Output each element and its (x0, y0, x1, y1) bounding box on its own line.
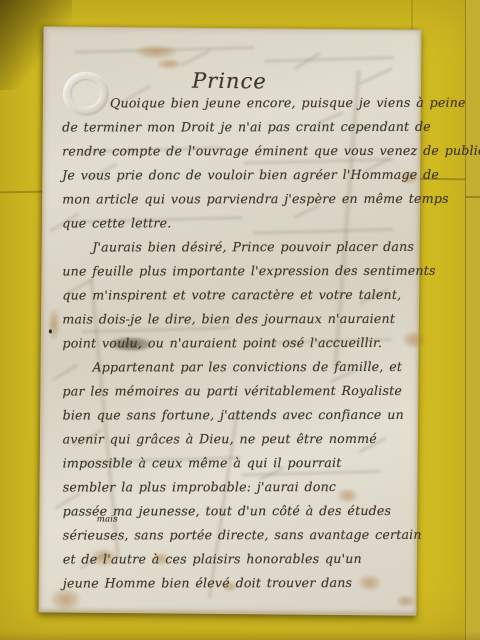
stain (134, 44, 178, 59)
letter-line: par les mémoires au parti véritablement … (62, 379, 414, 404)
letter-line: Quoique bien jeune encore, puisque je vi… (62, 91, 414, 116)
stain (48, 307, 60, 341)
letter-line: J'aurais bien désiré, Prince pouvoir pla… (62, 235, 414, 260)
backdrop-bottom-shadow (0, 631, 480, 640)
letter-line: Appartenant par les convictions de famil… (62, 355, 414, 380)
letter-line: impossible à ceux même à qui il pourrait (63, 451, 415, 476)
backdrop-fold-line (411, 0, 413, 32)
backdrop-fold-band (465, 0, 480, 640)
letter-body: Quoique bien jeune encore, puisque je vi… (62, 91, 415, 596)
backdrop-crease-line (0, 191, 44, 194)
ink-fleck (49, 329, 52, 333)
letter-line: bien que sans fortune, j'attends avec co… (63, 403, 415, 428)
letter-line: mais dois-je le dire, bien des journaux … (62, 307, 414, 332)
letter-line: que cette lettre. (62, 211, 414, 236)
letter-line: et de l'autre à ces plaisirs honorables … (63, 547, 415, 572)
letter-line: jeune Homme bien élevé doit trouver dans (63, 571, 415, 596)
show-through-stroke (180, 49, 212, 67)
stain (156, 58, 182, 69)
show-through-stroke (359, 67, 393, 85)
letter-line: sembler la plus improbable: j'aurai donc (63, 475, 415, 500)
interlinear-insertion: mais (97, 514, 118, 524)
letter-line: rendre compte de l'ouvrage éminent que v… (62, 139, 414, 164)
letter-line-text: sérieuses, sans portée directe, sans ava… (63, 527, 422, 543)
letter-paper: Prince Quoique bien jeune encore, puisqu… (38, 26, 421, 615)
backdrop-crease-line (465, 196, 480, 198)
letter-line: Je vous prie donc de vouloir bien agréer… (62, 163, 414, 188)
letter-line: mon article qui vous parviendra j'espère… (62, 187, 414, 212)
letter-line: que m'inspirent et votre caractère et vo… (62, 283, 414, 308)
letter-line: point voulu, ou n'auraient point osé l'a… (62, 331, 414, 356)
letter-line: maissérieuses, sans portée directe, sans… (63, 523, 415, 548)
letter-line: de terminer mon Droit je n'ai pas craint… (62, 115, 414, 140)
photo-background: Prince Quoique bien jeune encore, puisqu… (0, 0, 480, 640)
letter-line: une feuille plus importante l'expression… (62, 259, 414, 284)
show-through-stroke (264, 56, 394, 62)
stain (396, 594, 416, 607)
salutation: Prince (192, 69, 267, 94)
letter-line: avenir qui grâces à Dieu, ne peut être n… (63, 427, 415, 452)
